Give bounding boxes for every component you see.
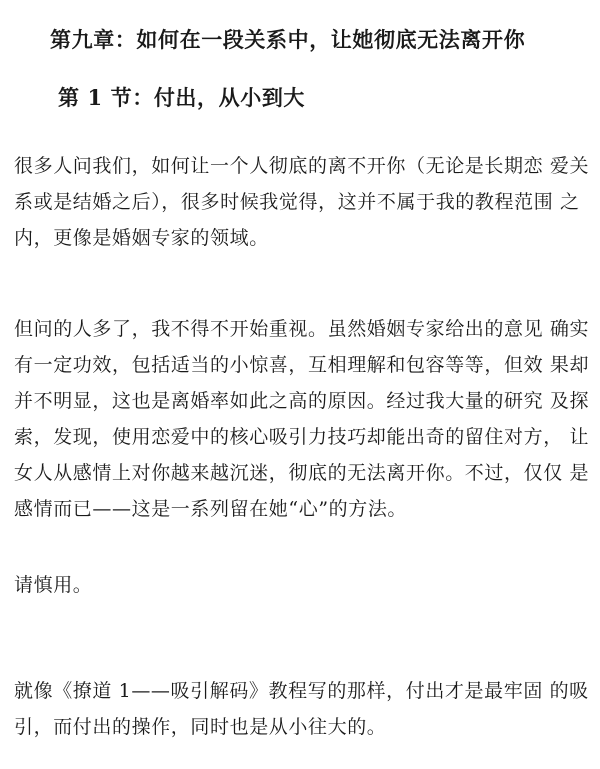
paragraph-1: 很多人问我们，如何让一个人彻底的离不开你（无论是长期恋 爱关系或是结婚之后），很… (14, 148, 600, 256)
paragraph-2: 但问的人多了，我不得不开始重视。虽然婚姻专家给出的意见 确实有一定功效，包括适当… (14, 311, 600, 527)
paragraph-line: 很多人问我们，如何让一个人彻底的离不开你（无论是长期恋 (14, 155, 543, 177)
paragraph-3: 请慎用。 (14, 567, 92, 603)
paragraph-line: 请慎用。 (14, 574, 92, 596)
paragraph-line: 但问的人多了，我不得不开始重视。虽然婚姻专家给出的意见 (14, 318, 543, 340)
paragraph-4: 就像《撩道 1——吸引解码》教程写的那样，付出才是最牢固 的吸引，而付出的操作，… (14, 673, 600, 745)
document-page: 第九章：如何在一段关系中，让她彻底无法离开你 第 1 节：付出，从小到大 很多人… (0, 0, 600, 769)
section-title: 第 1 节：付出，从小到大 (58, 84, 305, 112)
chapter-title: 第九章：如何在一段关系中，让她彻底无法离开你 (50, 26, 525, 54)
paragraph-line: 就像《撩道 1——吸引解码》教程写的那样，付出才是最牢固 (14, 680, 543, 702)
